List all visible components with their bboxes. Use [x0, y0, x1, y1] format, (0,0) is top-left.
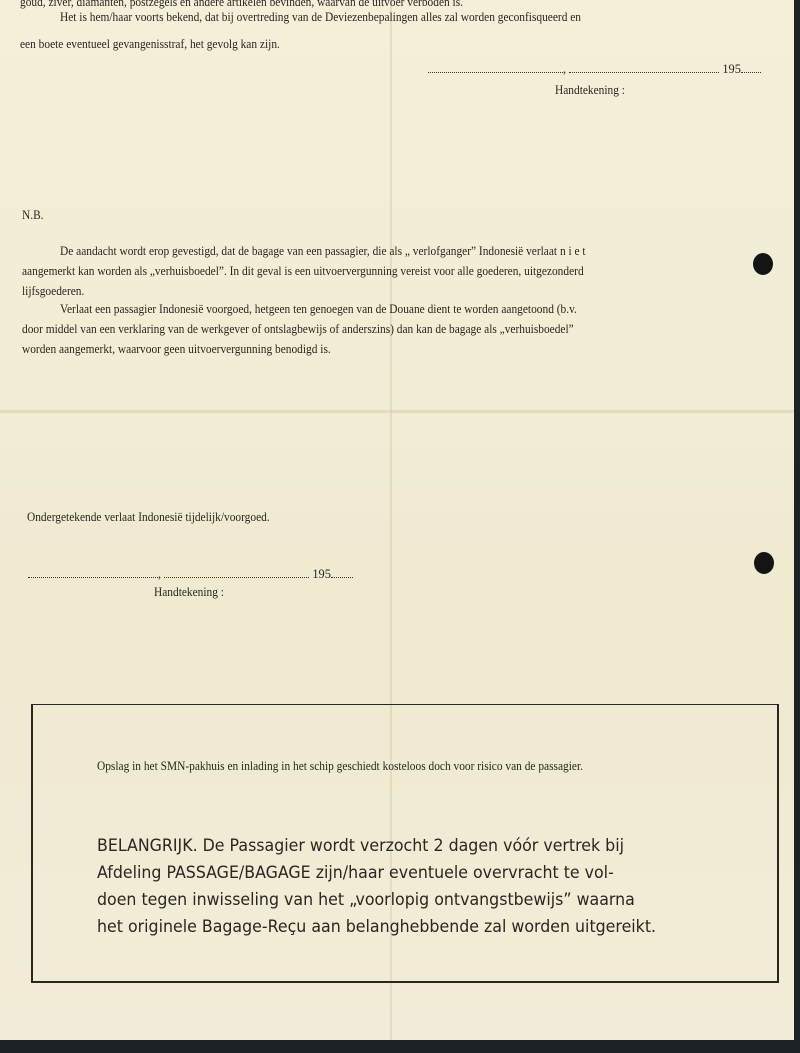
- date-field-top: , 195: [428, 62, 761, 77]
- date-blank[interactable]: [569, 62, 719, 73]
- nb-heading: N.B.: [22, 204, 44, 227]
- fold-crease-horizontal: [0, 410, 794, 413]
- year-blank[interactable]: [741, 62, 761, 73]
- signature-label-top: Handtekening :: [555, 79, 625, 102]
- date-field-declaration: , 195: [28, 567, 353, 582]
- place-blank[interactable]: [28, 567, 158, 578]
- punch-hole-bottom: [754, 552, 774, 574]
- year-prefix: 195: [722, 62, 741, 76]
- important-line-2: Afdeling PASSAGE/BAGAGE zijn/haar eventu…: [97, 860, 674, 887]
- important-notice: BELANGRIJK. De Passagier wordt verzocht …: [97, 833, 674, 941]
- deviezen-paragraph-line2: een boete eventueel gevangenisstraf, het…: [20, 33, 280, 56]
- important-line-1: BELANGRIJK. De Passagier wordt verzocht …: [97, 833, 674, 860]
- signature-label-declaration: Handtekening :: [154, 581, 224, 604]
- deviezen-paragraph-line1: Het is hem/haar voorts bekend, dat bij o…: [60, 6, 581, 29]
- storage-note: Opslag in het SMN-pakhuis en inlading in…: [97, 755, 583, 778]
- scan-background-right: [794, 0, 800, 1053]
- place-blank[interactable]: [428, 62, 563, 73]
- punch-hole-top: [753, 253, 773, 275]
- scan-background-bottom: [0, 1040, 800, 1053]
- document-page: goud, ziver, diamanten, postzegels en an…: [0, 0, 794, 1040]
- date-blank[interactable]: [164, 567, 309, 578]
- important-line-4: het originele Bagage-Reçu aan belanghebb…: [97, 914, 674, 941]
- declaration-text: Ondergetekende verlaat Indonesië tijdeli…: [27, 506, 270, 529]
- important-line-3: doen tegen inwisseling van het „voorlopi…: [97, 887, 674, 914]
- year-blank[interactable]: [331, 567, 353, 578]
- nb-paragraph1-line2: aangemerkt kan worden als „verhuisboedel…: [22, 260, 584, 283]
- year-prefix: 195: [312, 567, 331, 581]
- nb-paragraph2-line3: worden aangemerkt, waarvoor geen uitvoer…: [22, 338, 331, 361]
